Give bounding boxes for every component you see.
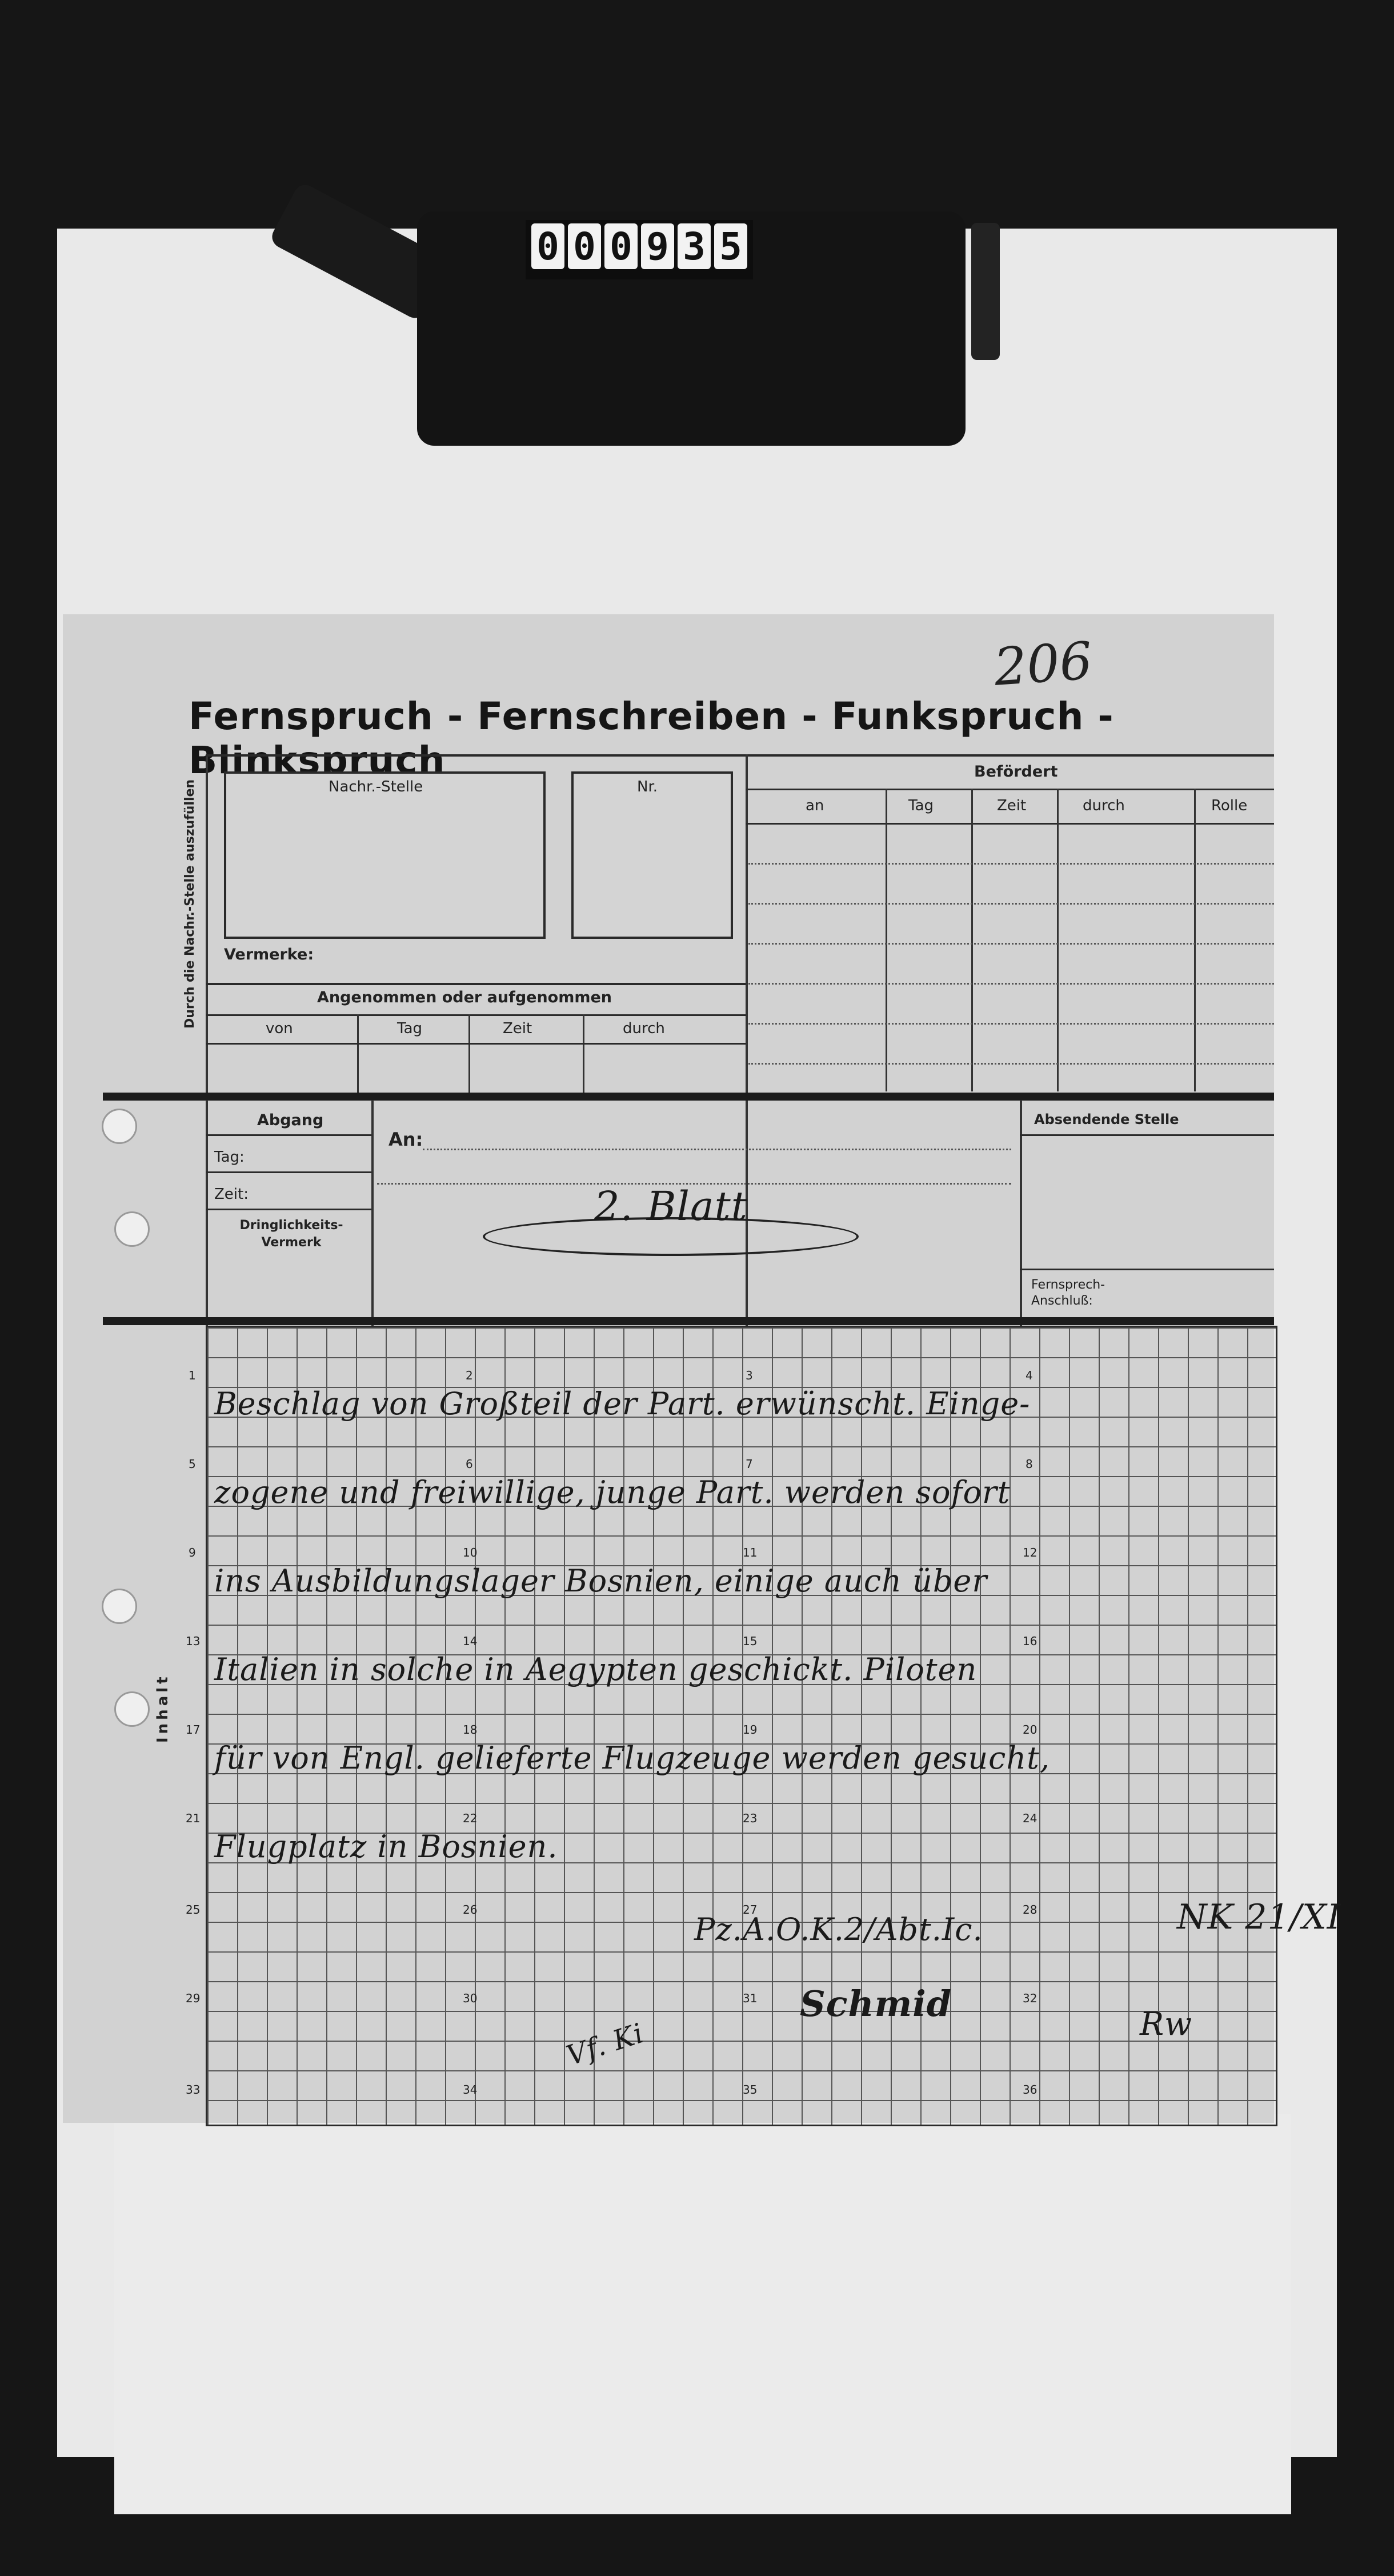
vermerke-label: Vermerke: — [224, 946, 314, 963]
absendende-rule — [1020, 1269, 1274, 1270]
message-line: ins Ausbildungslager Bosnien, einige auc… — [214, 1563, 987, 1599]
serial-number: 206 — [992, 631, 1095, 698]
angenommen-top-rule — [206, 983, 746, 985]
group-number: 14 — [463, 1634, 477, 1648]
row-number: 25 — [186, 1903, 200, 1917]
angenommen-col-von: von — [266, 1020, 293, 1037]
abgang-rule — [206, 1171, 371, 1173]
dringlichkeit-label: Dringlichkeits-Vermerk — [211, 1217, 371, 1251]
row-number: 1 — [189, 1369, 196, 1382]
row-number: 21 — [186, 1811, 200, 1825]
group-number: 8 — [1026, 1457, 1033, 1471]
group-number: 10 — [463, 1546, 477, 1559]
message-line: für von Engl. gelieferte Flugzeuge werde… — [214, 1740, 1050, 1776]
group-number: 32 — [1023, 1991, 1037, 2005]
group-number: 16 — [1023, 1634, 1037, 1648]
group-number: 7 — [746, 1457, 753, 1471]
punch-hole — [102, 1589, 137, 1624]
an-value: 2. Blatt — [594, 1183, 748, 1230]
row-number: 5 — [189, 1457, 196, 1471]
abgang-tag-label: Tag: — [214, 1149, 245, 1166]
group-number: 22 — [463, 1811, 477, 1825]
nr-label: Nr. — [637, 778, 658, 795]
befoerdert-divider — [1057, 789, 1059, 1091]
counter-digit: 9 — [641, 223, 674, 269]
form-title: Fernspruch - Fernschreiben - Funkspruch … — [189, 694, 1274, 782]
an-left-border — [371, 1100, 374, 1326]
befoerdert-col-tag: Tag — [908, 797, 934, 814]
abgang-zeit-label: Zeit: — [214, 1186, 249, 1203]
group-number: 24 — [1023, 1811, 1037, 1825]
punch-hole — [102, 1109, 137, 1144]
section-divider — [103, 1093, 1274, 1101]
counter-digit: 0 — [604, 223, 638, 269]
inhalt-label: Inhalt — [154, 1673, 171, 1743]
side-vertical-text: Durch die Nachr.-Stelle auszufüllen — [183, 779, 197, 1029]
befoerdert-divider — [971, 789, 973, 1091]
group-number: 18 — [463, 1723, 477, 1737]
row-number: 9 — [189, 1546, 196, 1559]
message-line: zogene und freiwillige, junge Part. werd… — [214, 1474, 1011, 1510]
frame-counter: 0 0 0 9 3 5 — [526, 220, 753, 279]
group-number: 12 — [1023, 1546, 1037, 1559]
group-number: 26 — [463, 1903, 477, 1917]
group-number: 6 — [466, 1457, 473, 1471]
group-number: 34 — [463, 2083, 477, 2097]
group-number: 28 — [1023, 1903, 1037, 1917]
signature: Rw — [1140, 2006, 1192, 2043]
befoerdert-col-an: an — [806, 797, 824, 814]
angenommen-col-zeit: Zeit — [503, 1020, 532, 1037]
group-number: 11 — [743, 1546, 757, 1559]
punch-hole — [114, 1691, 150, 1727]
abgang-rule — [206, 1209, 371, 1210]
nachr-stelle-box — [224, 771, 546, 939]
an-line — [423, 1149, 1011, 1150]
absendende-rule — [1020, 1134, 1274, 1136]
absendende-stelle-label: Absendende Stelle — [1034, 1111, 1179, 1127]
angenommen-rule — [206, 1043, 746, 1045]
signature: Schmid — [800, 1983, 952, 2025]
befoerdert-divider — [1194, 789, 1196, 1091]
an-label: An: — [388, 1129, 423, 1150]
counter-digit: 0 — [568, 223, 601, 269]
counter-digit: 3 — [678, 223, 711, 269]
group-number: 30 — [463, 1991, 477, 2005]
befoerdert-row-line — [748, 1063, 1274, 1065]
paper-backing-bottom — [114, 2114, 1291, 2514]
group-number: 4 — [1026, 1369, 1033, 1382]
angenommen-col-durch: durch — [623, 1020, 665, 1037]
group-number: 35 — [743, 2083, 757, 2097]
befoerdert-title: Befördert — [974, 763, 1057, 781]
befoerdert-row-line — [748, 943, 1274, 945]
befoerdert-row-line — [748, 903, 1274, 905]
group-number: 3 — [746, 1369, 753, 1382]
angenommen-title: Angenommen oder aufgenommen — [317, 989, 612, 1006]
befoerdert-row-line — [748, 863, 1274, 865]
message-line: Flugplatz in Bosnien. — [214, 1829, 558, 1865]
punch-hole — [114, 1211, 150, 1247]
initials-mark: NK 21/XI — [1177, 1897, 1341, 1937]
group-number: 23 — [743, 1811, 757, 1825]
befoerdert-row-line — [748, 983, 1274, 985]
angenommen-divider — [468, 1014, 470, 1094]
befoerdert-divider — [886, 789, 887, 1091]
message-line: Beschlag von Großteil der Part. erwünsch… — [214, 1386, 1030, 1422]
group-number: 15 — [743, 1634, 757, 1648]
nachr-stelle-label: Nachr.-Stelle — [329, 778, 423, 795]
message-line: Italien in solche in Aegypten geschickt.… — [214, 1651, 977, 1687]
angenommen-col-tag: Tag — [397, 1020, 422, 1037]
fernsprech-label: Fernsprech-Anschluß: — [1031, 1277, 1145, 1309]
befoerdert-col-zeit: Zeit — [997, 797, 1026, 814]
befoerdert-col-durch: durch — [1083, 797, 1125, 814]
abgang-title: Abgang — [257, 1111, 323, 1129]
group-number: 20 — [1023, 1723, 1037, 1737]
row-number: 17 — [186, 1723, 200, 1737]
group-number: 2 — [466, 1369, 473, 1382]
befoerdert-row-line — [748, 1023, 1274, 1025]
angenommen-rule — [206, 1014, 746, 1016]
group-number: 31 — [743, 1991, 757, 2005]
section-divider — [103, 1317, 1274, 1325]
group-number: 36 — [1023, 2083, 1037, 2097]
counter-digit: 0 — [531, 223, 564, 269]
befoerdert-col-rolle: Rolle — [1211, 797, 1247, 814]
abgang-rule — [206, 1134, 371, 1136]
angenommen-divider — [357, 1014, 359, 1094]
angenommen-divider — [583, 1014, 584, 1094]
nr-box — [571, 771, 733, 939]
row-number: 33 — [186, 2083, 200, 2097]
row-number: 13 — [186, 1634, 200, 1648]
message-grid — [206, 1326, 1277, 2126]
sender-line: Pz.A.O.K.2/Abt.Ic. — [694, 1911, 983, 1947]
row-number: 29 — [186, 1991, 200, 2005]
counter-knob — [971, 223, 1000, 360]
group-number: 19 — [743, 1723, 757, 1737]
counter-digit: 5 — [714, 223, 747, 269]
title-rule — [206, 754, 1274, 757]
